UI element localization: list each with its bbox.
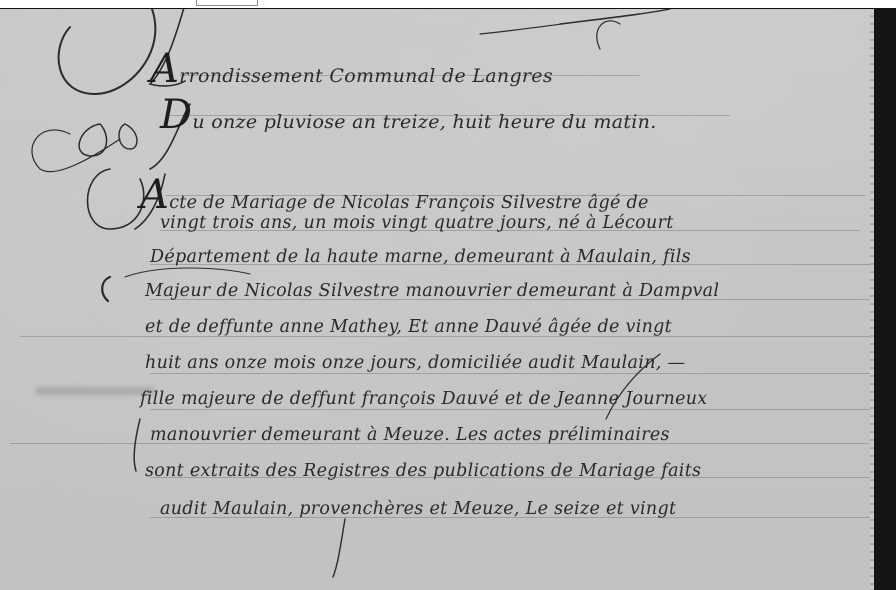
toolbar-mark: , — [263, 0, 265, 6]
line-text: rrondissement Communal de Langres — [179, 65, 553, 87]
scan-background-edge — [874, 9, 896, 590]
viewer-toolbar-strip — [0, 0, 896, 8]
viewer-input-box[interactable] — [196, 0, 258, 6]
initial-letter: A — [140, 172, 169, 218]
document-line-5: Département de la haute marne, demeurant… — [150, 247, 691, 267]
document-line-4: vingt trois ans, un mois vingt quatre jo… — [160, 213, 674, 233]
document-line-7: et de deffunte anne Mathey, Et anne Dauv… — [145, 317, 672, 337]
document-line-2: Du onze pluviose an treize, huit heure d… — [160, 95, 657, 135]
document-line-6: Majeur de Nicolas Silvestre manouvrier d… — [145, 281, 719, 301]
document-line-9: fille majeure de deffunt françois Dauvé … — [140, 389, 707, 409]
line-text: u onze pluviose an treize, huit heure du… — [192, 111, 656, 133]
scanned-page: Arrondissement Communal de Langres Du on… — [0, 9, 896, 590]
document-line-1: Arrondissement Communal de Langres — [150, 49, 553, 89]
document-line-10: manouvrier demeurant à Meuze. Les actes … — [150, 425, 670, 445]
document-viewer: , — [0, 0, 896, 590]
document-line-12: audit Maulain, provenchères et Meuze, Le… — [160, 499, 676, 519]
document-line-8: huit ans onze mois onze jours, domicilié… — [145, 353, 685, 373]
initial-letter: D — [160, 92, 192, 138]
document-line-11: sont extraits des Registres des publicat… — [145, 461, 701, 481]
document-line-3: Acte de Mariage de Nicolas François Silv… — [140, 175, 649, 215]
initial-letter: A — [150, 46, 179, 92]
line-text: cte de Mariage de Nicolas François Silve… — [169, 193, 649, 213]
